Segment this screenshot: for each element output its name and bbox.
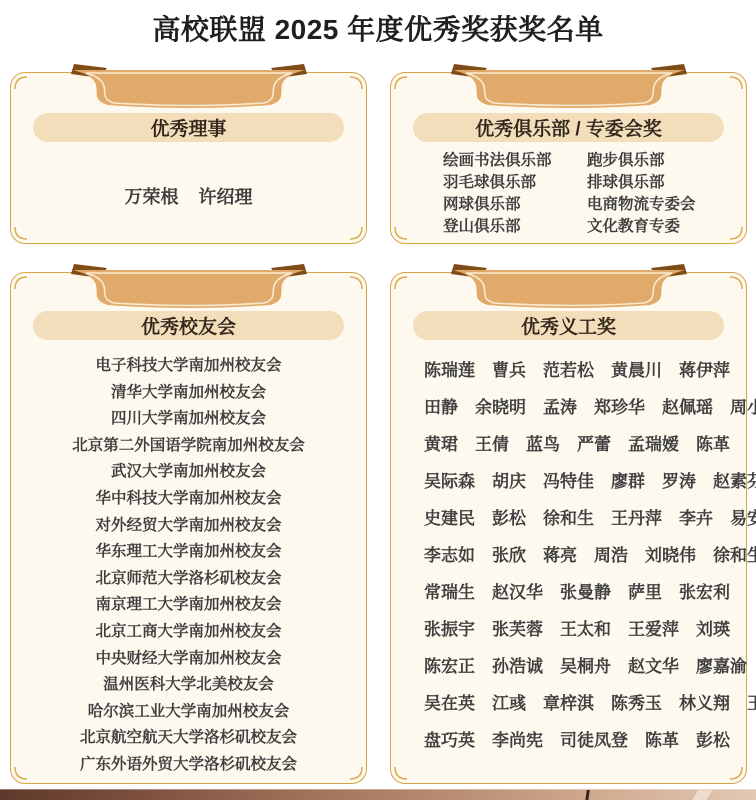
card-header-alumni: 优秀校友会 [33, 311, 344, 340]
director-names: 万荣根许绍理 [11, 183, 366, 209]
card-alumni: 优秀校友会 电子科技大学南加州校友会清华大学南加州校友会四川大学南加州校友会北京… [10, 272, 367, 784]
corner-ornament-icon [394, 76, 408, 90]
alumni-item: 北京第二外国语学院南加州校友会 [11, 433, 366, 460]
ribbon-ornament [451, 64, 687, 112]
award-poster: 高校联盟 2025 年度优秀奖获奖名单 优秀理事 万荣根许绍理 [0, 0, 756, 800]
volunteer-row: 吴际森 胡庆 冯特佳 廖群 罗涛 赵素芬 [424, 463, 736, 500]
corner-ornament-icon [14, 76, 28, 90]
corner-ornament-icon [729, 276, 743, 290]
club-columns: 绘画书法俱乐部羽毛球俱乐部网球俱乐部登山俱乐部 跑步俱乐部排球俱乐部电商物流专委… [443, 150, 746, 238]
volunteer-row: 黄珺 王倩 蓝鸟 严蕾 孟瑞嫒 陈革 [424, 426, 736, 463]
club-item: 电商物流专委会 [587, 194, 746, 216]
alumni-item: 北京工商大学南加州校友会 [11, 619, 366, 646]
corner-ornament-icon [14, 226, 28, 240]
director-name: 万荣根 [125, 183, 179, 209]
alumni-list: 电子科技大学南加州校友会清华大学南加州校友会四川大学南加州校友会北京第二外国语学… [11, 353, 366, 779]
corner-ornament-icon [729, 766, 743, 780]
alumni-item: 对外经贸大学南加州校友会 [11, 513, 366, 540]
director-name: 许绍理 [199, 183, 253, 209]
club-item: 登山俱乐部 [443, 216, 587, 238]
volunteer-row: 李志如 张欣 蒋亮 周浩 刘晓伟 徐和生 [424, 537, 736, 574]
club-item: 文化教育专委 [587, 216, 746, 238]
alumni-item: 清华大学南加州校友会 [11, 380, 366, 407]
corner-ornament-icon [394, 276, 408, 290]
club-item: 绘画书法俱乐部 [443, 150, 587, 172]
card-clubs: 优秀俱乐部 / 专委会奖 绘画书法俱乐部羽毛球俱乐部网球俱乐部登山俱乐部 跑步俱… [390, 72, 747, 244]
ribbon-ornament [451, 264, 687, 312]
alumni-item: 南京理工大学南加州校友会 [11, 592, 366, 619]
alumni-item: 哈尔滨工业大学南加州校友会 [11, 699, 366, 726]
corner-ornament-icon [349, 226, 363, 240]
corner-ornament-icon [394, 766, 408, 780]
ribbon-ornament [71, 64, 307, 112]
alumni-item: 中央财经大学南加州校友会 [11, 646, 366, 673]
corner-ornament-icon [729, 226, 743, 240]
volunteer-row: 盘巧英 李尚宪 司徒凤登 陈革 彭松 [424, 722, 736, 759]
corner-ornament-icon [394, 226, 408, 240]
corner-ornament-icon [349, 276, 363, 290]
club-column-right: 跑步俱乐部排球俱乐部电商物流专委会文化教育专委 [587, 150, 746, 238]
alumni-item: 武汉大学南加州校友会 [11, 459, 366, 486]
ribbon-ornament [71, 264, 307, 312]
card-header-volunteers: 优秀义工奖 [413, 311, 724, 340]
alumni-item: 广东外语外贸大学洛杉矶校友会 [11, 752, 366, 779]
volunteer-row: 史建民 彭松 徐和生 王丹萍 李卉 易安娜 [424, 500, 736, 537]
volunteer-name-rows: 陈瑞莲 曹兵 范若松 黄晨川 蒋伊萍田静 余晓明 孟涛 郑珍华 赵佩瑶 周小武黄… [424, 352, 736, 759]
corner-ornament-icon [14, 766, 28, 780]
page-title: 高校联盟 2025 年度优秀奖获奖名单 [0, 8, 756, 48]
club-item: 网球俱乐部 [443, 194, 587, 216]
volunteer-row: 陈瑞莲 曹兵 范若松 黄晨川 蒋伊萍 [424, 352, 736, 389]
corner-ornament-icon [349, 76, 363, 90]
corner-ornament-icon [729, 76, 743, 90]
club-item: 羽毛球俱乐部 [443, 172, 587, 194]
alumni-item: 华中科技大学南加州校友会 [11, 486, 366, 513]
alumni-item: 华东理工大学南加州校友会 [11, 539, 366, 566]
card-header-directors: 优秀理事 [33, 113, 344, 142]
footer-band [0, 789, 756, 800]
alumni-item: 北京师范大学洛杉矶校友会 [11, 566, 366, 593]
volunteer-row: 常瑞生 赵汉华 张曼静 萨里 张宏利 [424, 574, 736, 611]
club-item: 排球俱乐部 [587, 172, 746, 194]
alumni-item: 温州医科大学北美校友会 [11, 672, 366, 699]
card-directors: 优秀理事 万荣根许绍理 [10, 72, 367, 244]
club-column-left: 绘画书法俱乐部羽毛球俱乐部网球俱乐部登山俱乐部 [443, 150, 587, 238]
footer-dark-stroke [585, 790, 590, 800]
volunteer-row: 陈宏正 孙浩诚 吴桐舟 赵文华 廖嘉渝 [424, 648, 736, 685]
corner-ornament-icon [349, 766, 363, 780]
volunteer-row: 张振宇 张芙蓉 王太和 王爱萍 刘瑛 [424, 611, 736, 648]
card-volunteers: 优秀义工奖 陈瑞莲 曹兵 范若松 黄晨川 蒋伊萍田静 余晓明 孟涛 郑珍华 赵佩… [390, 272, 747, 784]
alumni-item: 北京航空航天大学洛杉矶校友会 [11, 725, 366, 752]
alumni-item: 四川大学南加州校友会 [11, 406, 366, 433]
corner-ornament-icon [14, 276, 28, 290]
club-item: 跑步俱乐部 [587, 150, 746, 172]
volunteer-row: 吴在英 江彧 章梓淇 陈秀玉 林义翔 王鑫 [424, 685, 736, 722]
volunteer-row: 田静 余晓明 孟涛 郑珍华 赵佩瑶 周小武 [424, 389, 736, 426]
footer-light-slash [692, 790, 713, 800]
alumni-item: 电子科技大学南加州校友会 [11, 353, 366, 380]
card-header-clubs: 优秀俱乐部 / 专委会奖 [413, 113, 724, 142]
